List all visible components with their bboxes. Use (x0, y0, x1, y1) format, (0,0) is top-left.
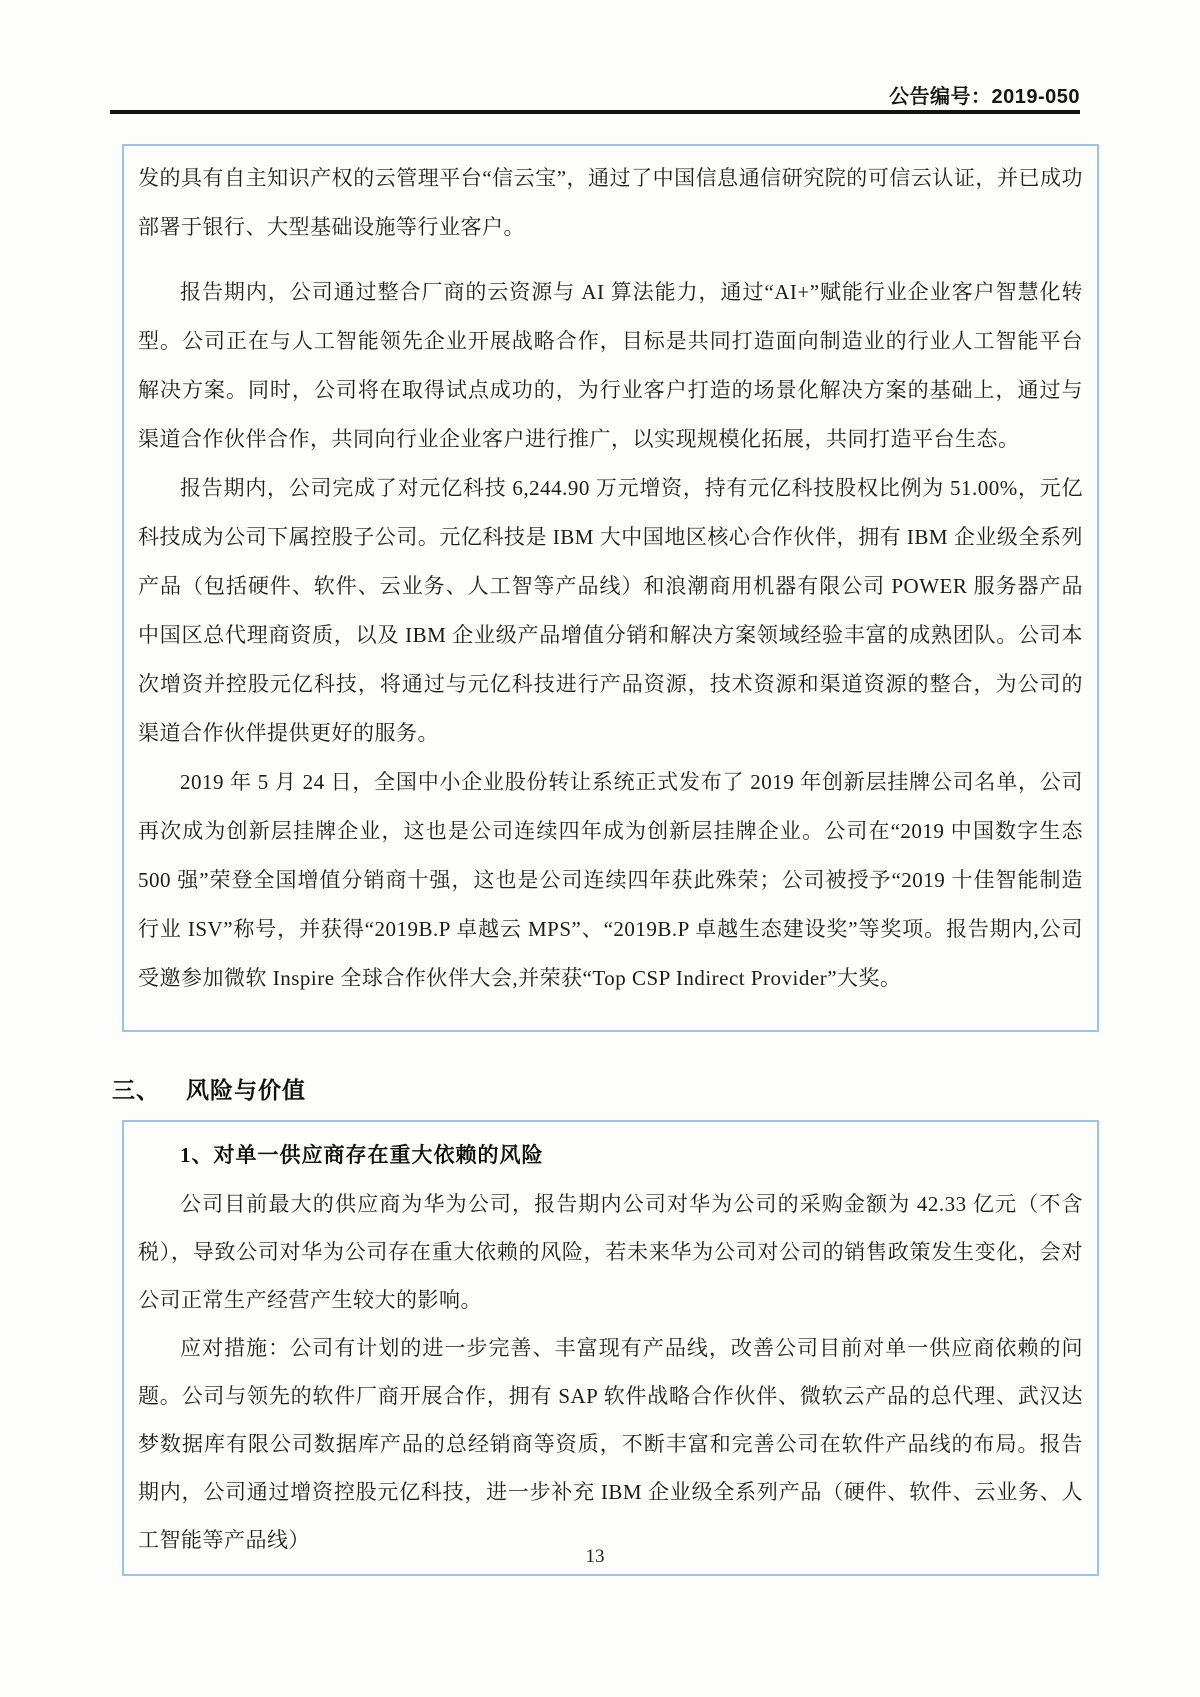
document-page: 公告编号：2019-050 发的具有自主知识产权的云管理平台“信云宝”，通过了中… (0, 0, 1200, 1697)
paragraph: 发的具有自主知识产权的云管理平台“信云宝”，通过了中国信息通信研究院的可信云认证… (138, 154, 1083, 252)
paragraph: 2019 年 5 月 24 日，全国中小企业股份转让系统正式发布了 2019 年… (138, 758, 1083, 1003)
paragraph: 报告期内，公司通过整合厂商的云资源与 AI 算法能力，通过“AI+”赋能行业企业… (138, 268, 1083, 464)
report-text-box: 发的具有自主知识产权的云管理平台“信云宝”，通过了中国信息通信研究院的可信云认证… (122, 144, 1099, 1032)
page-number: 13 (0, 1546, 1190, 1568)
announcement-label: 公告编号： (889, 86, 992, 108)
paragraph: 应对措施：公司有计划的进一步完善、丰富现有产品线，改善公司目前对单一供应商依赖的… (138, 1324, 1083, 1564)
risk-heading: 1、对单一供应商存在重大依赖的风险 (138, 1130, 1083, 1180)
section-title: 风险与价值 (186, 1077, 306, 1103)
announcement-value: 2019-050 (991, 86, 1080, 108)
paragraph: 公司目前最大的供应商为华为公司，报告期内公司对华为公司的采购金额为 42.33 … (138, 1180, 1083, 1324)
section-number: 三、 (112, 1072, 160, 1105)
header-divider (110, 110, 1080, 114)
announcement-number: 公告编号：2019-050 (889, 80, 1080, 109)
section-heading: 三、风险与价值 (112, 1072, 306, 1105)
paragraph: 报告期内，公司完成了对元亿科技 6,244.90 万元增资，持有元亿科技股权比例… (138, 464, 1083, 758)
risk-paragraphs: 公司目前最大的供应商为华为公司，报告期内公司对华为公司的采购金额为 42.33 … (138, 1180, 1083, 1564)
risk-text-box: 1、对单一供应商存在重大依赖的风险 公司目前最大的供应商为华为公司，报告期内公司… (122, 1120, 1099, 1576)
